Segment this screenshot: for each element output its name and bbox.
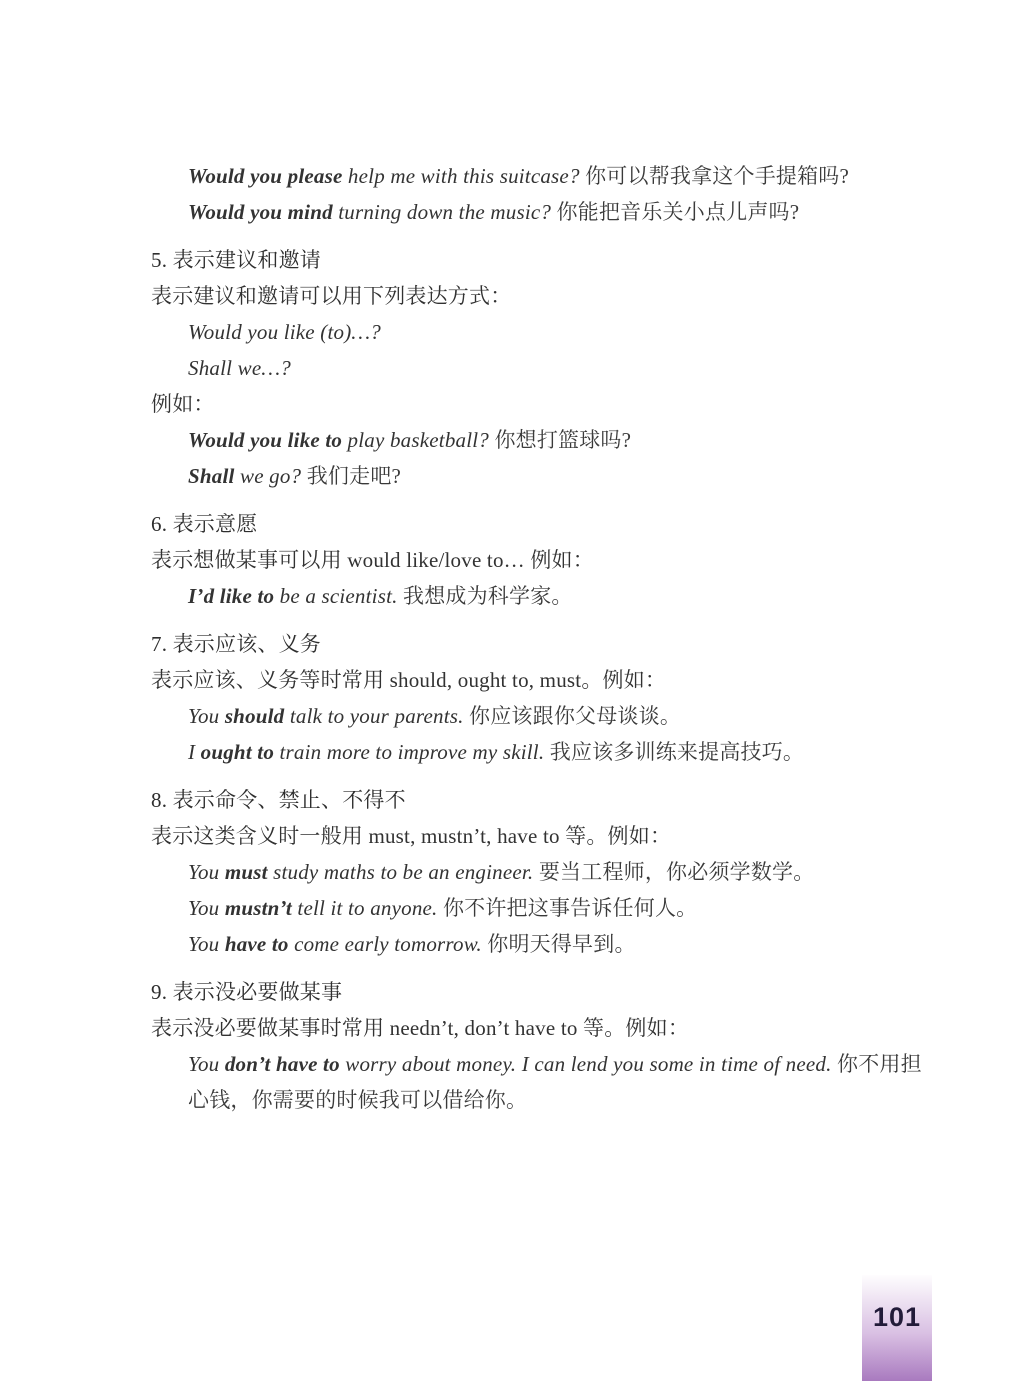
example-bold-text: Shall: [188, 464, 235, 488]
section-heading: 6. 表示意愿: [151, 506, 923, 542]
example-zh-text: 我应该多训练来提高技巧。: [550, 740, 804, 764]
example-post-text: play basketball?: [342, 428, 494, 452]
section-heading: 7. 表示应该、义务: [151, 626, 923, 662]
example-post-text: Shall we…?: [188, 356, 291, 380]
explanation-line: 例如：: [151, 386, 923, 422]
example-bold-text: Would you mind: [188, 200, 333, 224]
example-bold-text: should: [225, 704, 285, 728]
example-post-text: turning down the music?: [333, 200, 557, 224]
example-line: I’d like to be a scientist. 我想成为科学家。: [188, 578, 923, 614]
page-number-badge: 101: [862, 1275, 932, 1381]
section-heading: 8. 表示命令、禁止、不得不: [151, 782, 923, 818]
example-line: Shall we…?: [188, 350, 923, 386]
example-pre-text: You: [188, 1052, 225, 1076]
example-bold-text: must: [225, 860, 268, 884]
section-heading: 9. 表示没必要做某事: [151, 974, 923, 1010]
example-post-text: help me with this suitcase?: [342, 164, 585, 188]
explanation-line: 表示建议和邀请可以用下列表达方式：: [151, 278, 923, 314]
example-pre-text: I: [188, 740, 201, 764]
document-page: Would you please help me with this suitc…: [0, 0, 1024, 1400]
example-bold-text: mustn’t: [225, 896, 292, 920]
example-zh-text: 你不许把这事告诉任何人。: [443, 896, 697, 920]
example-post-text: we go?: [235, 464, 307, 488]
example-line: You mustn’t tell it to anyone. 你不许把这事告诉任…: [188, 890, 923, 926]
example-line: You should talk to your parents. 你应该跟你父母…: [188, 698, 923, 734]
example-pre-text: You: [188, 704, 225, 728]
section-heading: 5. 表示建议和邀请: [151, 242, 923, 278]
example-bold-text: have to: [225, 932, 289, 956]
example-bold-text: don’t have to: [225, 1052, 340, 1076]
example-post-text: come early tomorrow.: [289, 932, 488, 956]
example-post-text: be a scientist.: [274, 584, 403, 608]
page-content: Would you please help me with this suitc…: [151, 158, 923, 1118]
example-line: Shall we go? 我们走吧?: [188, 458, 923, 494]
example-zh-text: 你能把音乐关小点儿声吗?: [557, 200, 800, 224]
example-post-text: talk to your parents.: [284, 704, 469, 728]
example-pre-text: You: [188, 896, 225, 920]
example-zh-text: 你想打篮球吗?: [494, 428, 631, 452]
example-line: Would you like (to)…?: [188, 314, 923, 350]
example-zh-text: 我们走吧?: [307, 464, 401, 488]
example-post-text: worry about money. I can lend you some i…: [340, 1052, 837, 1076]
example-zh-text: 你可以帮我拿这个手提箱吗?: [585, 164, 849, 188]
example-bold-text: ought to: [201, 740, 274, 764]
example-line: Would you mind turning down the music? 你…: [188, 194, 923, 230]
example-pre-text: You: [188, 860, 225, 884]
explanation-line: 表示这类含义时一般用 must, mustn’t, have to 等。例如：: [151, 818, 923, 854]
example-line: Would you please help me with this suitc…: [188, 158, 923, 194]
example-line: Would you like to play basketball? 你想打篮球…: [188, 422, 923, 458]
example-post-text: tell it to anyone.: [292, 896, 443, 920]
example-post-text: Would you like (to)…?: [188, 320, 381, 344]
example-bold-text: I’d like to: [188, 584, 274, 608]
example-zh-text: 要当工程师，你必须学数学。: [539, 860, 815, 884]
example-pre-text: You: [188, 932, 225, 956]
page-number: 101: [873, 1302, 921, 1333]
example-post-text: study maths to be an engineer.: [268, 860, 539, 884]
example-zh-text: 我想成为科学家。: [403, 584, 573, 608]
example-zh-text: 你应该跟你父母谈谈。: [469, 704, 681, 728]
explanation-line: 表示没必要做某事时常用 needn’t, don’t have to 等。例如：: [151, 1010, 923, 1046]
example-line: You have to come early tomorrow. 你明天得早到。: [188, 926, 923, 962]
explanation-line: 表示应该、义务等时常用 should, ought to, must。例如：: [151, 662, 923, 698]
example-zh-text: 你明天得早到。: [487, 932, 635, 956]
example-post-text: train more to improve my skill.: [274, 740, 550, 764]
example-line: I ought to train more to improve my skil…: [188, 734, 923, 770]
example-bold-text: Would you please: [188, 164, 342, 188]
explanation-line: 表示想做某事可以用 would like/love to… 例如：: [151, 542, 923, 578]
example-bold-text: Would you like to: [188, 428, 342, 452]
example-line: You must study maths to be an engineer. …: [188, 854, 923, 890]
example-line: You don’t have to worry about money. I c…: [188, 1046, 923, 1118]
